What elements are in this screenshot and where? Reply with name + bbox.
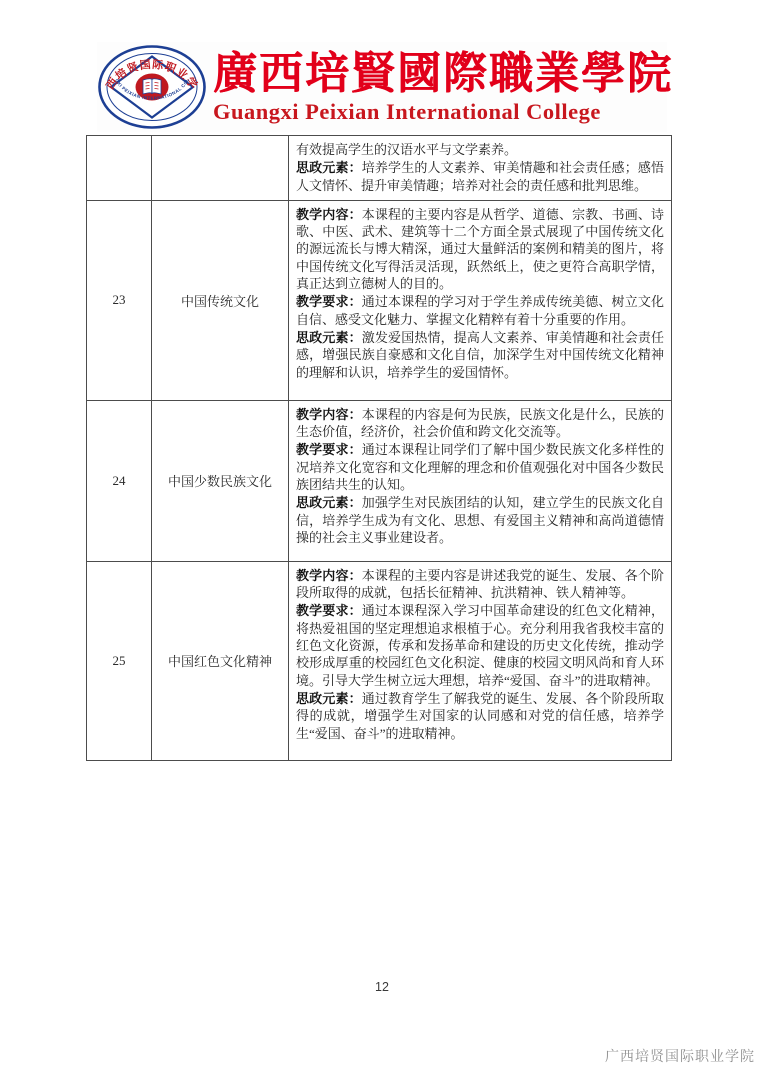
paragraph-label: 教学要求： [296, 603, 362, 618]
course-number-cell: 23 [87, 200, 152, 400]
college-seal-icon: 广西培贤国际职业学院 GUANGXI PEIXIAN INTERNATIONAL… [98, 45, 206, 129]
course-number-cell: 24 [87, 400, 152, 561]
college-title-en: Guangxi Peixian International College [213, 99, 673, 125]
college-title-zh: 廣西培賢國際職業學院 [213, 49, 673, 99]
paragraph: 教学要求：通过本课程深入学习中国革命建设的红色文化精神，将热爱祖国的坚定理想追求… [296, 602, 664, 688]
table-row-23: 23 中国传统文化 教学内容：本课程的主要内容是从哲学、道德、宗教、书画、诗歌、… [87, 200, 672, 400]
course-number-cell: 25 [87, 561, 152, 760]
book-icon [143, 79, 161, 94]
paragraph-label: 思政元素： [296, 330, 362, 345]
course-desc-cell: 教学内容：本课程的内容是何为民族，民族文化是什么，民族的生态价值，经济价，社会价… [289, 400, 672, 561]
footer-watermark: 广西培贤国际职业学院 [605, 1046, 755, 1066]
paragraph-label: 思政元素： [296, 160, 362, 175]
paragraph: 有效提高学生的汉语水平与文学素养。 [296, 141, 664, 158]
course-number-cell [87, 136, 152, 201]
course-name-cell: 中国传统文化 [152, 200, 289, 400]
paragraph-label: 思政元素： [296, 495, 362, 510]
paragraph: 思政元素：培养学生的人文素养、审美情趣和社会责任感；感悟人文情怀、提升审美情趣；… [296, 159, 664, 194]
course-name-cell [152, 136, 289, 201]
course-name-cell: 中国少数民族文化 [152, 400, 289, 561]
paragraph-label: 教学要求： [296, 442, 362, 457]
paragraph-text: 有效提高学生的汉语水平与文学素养。 [296, 142, 517, 157]
paragraph: 教学要求：通过本课程的学习对于学生养成传统美德、树立文化自信、感受文化魅力、掌握… [296, 293, 664, 328]
paragraph: 教学内容：本课程的主要内容是从哲学、道德、宗教、书画、诗歌、中医、武术、建筑等十… [296, 206, 664, 292]
paragraph: 思政元素：通过教育学生了解我党的诞生、发展、各个阶段所取得的成就，增强学生对国家… [296, 690, 664, 742]
table-row-continuation: 有效提高学生的汉语水平与文学素养。 思政元素：培养学生的人文素养、审美情趣和社会… [87, 136, 672, 201]
paragraph: 教学要求：通过本课程让同学们了解中国少数民族文化多样性的况培养文化宽容和文化理解… [296, 441, 664, 493]
document-page: 广西培贤国际职业学院 GUANGXI PEIXIAN INTERNATIONAL… [0, 0, 764, 1080]
college-seal: 广西培贤国际职业学院 GUANGXI PEIXIAN INTERNATIONAL… [97, 45, 207, 129]
paragraph: 教学内容：本课程的内容是何为民族，民族文化是什么，民族的生态价值，经济价，社会价… [296, 406, 664, 441]
table-row-25: 25 中国红色文化精神 教学内容：本课程的主要内容是讲述我党的诞生、发展、各个阶… [87, 561, 672, 760]
paragraph-label: 教学内容： [296, 207, 362, 222]
course-desc-cell: 教学内容：本课程的主要内容是从哲学、道德、宗教、书画、诗歌、中医、武术、建筑等十… [289, 200, 672, 400]
page-header: 广西培贤国际职业学院 GUANGXI PEIXIAN INTERNATIONAL… [97, 42, 667, 132]
course-name-cell: 中国红色文化精神 [152, 561, 289, 760]
paragraph-label: 教学要求： [296, 294, 362, 309]
paragraph-label: 教学内容： [296, 407, 362, 422]
college-titles: 廣西培賢國際職業學院 Guangxi Peixian International… [207, 49, 673, 125]
paragraph-label: 思政元素： [296, 691, 362, 706]
paragraph: 思政元素：加强学生对民族团结的认知，建立学生的民族文化自信，培养学生成为有文化、… [296, 494, 664, 546]
course-table: 有效提高学生的汉语水平与文学素养。 思政元素：培养学生的人文素养、审美情趣和社会… [86, 135, 672, 761]
paragraph-label: 教学内容： [296, 568, 362, 583]
paragraph: 思政元素：激发爱国热情，提高人文素养、审美情趣和社会责任感，增强民族自豪感和文化… [296, 329, 664, 381]
table-row-24: 24 中国少数民族文化 教学内容：本课程的内容是何为民族，民族文化是什么，民族的… [87, 400, 672, 561]
page-number: 12 [0, 980, 764, 994]
paragraph: 教学内容：本课程的主要内容是讲述我党的诞生、发展、各个阶段所取得的成就，包括长征… [296, 567, 664, 602]
course-desc-cell: 有效提高学生的汉语水平与文学素养。 思政元素：培养学生的人文素养、审美情趣和社会… [289, 136, 672, 201]
course-desc-cell: 教学内容：本课程的主要内容是讲述我党的诞生、发展、各个阶段所取得的成就，包括长征… [289, 561, 672, 760]
